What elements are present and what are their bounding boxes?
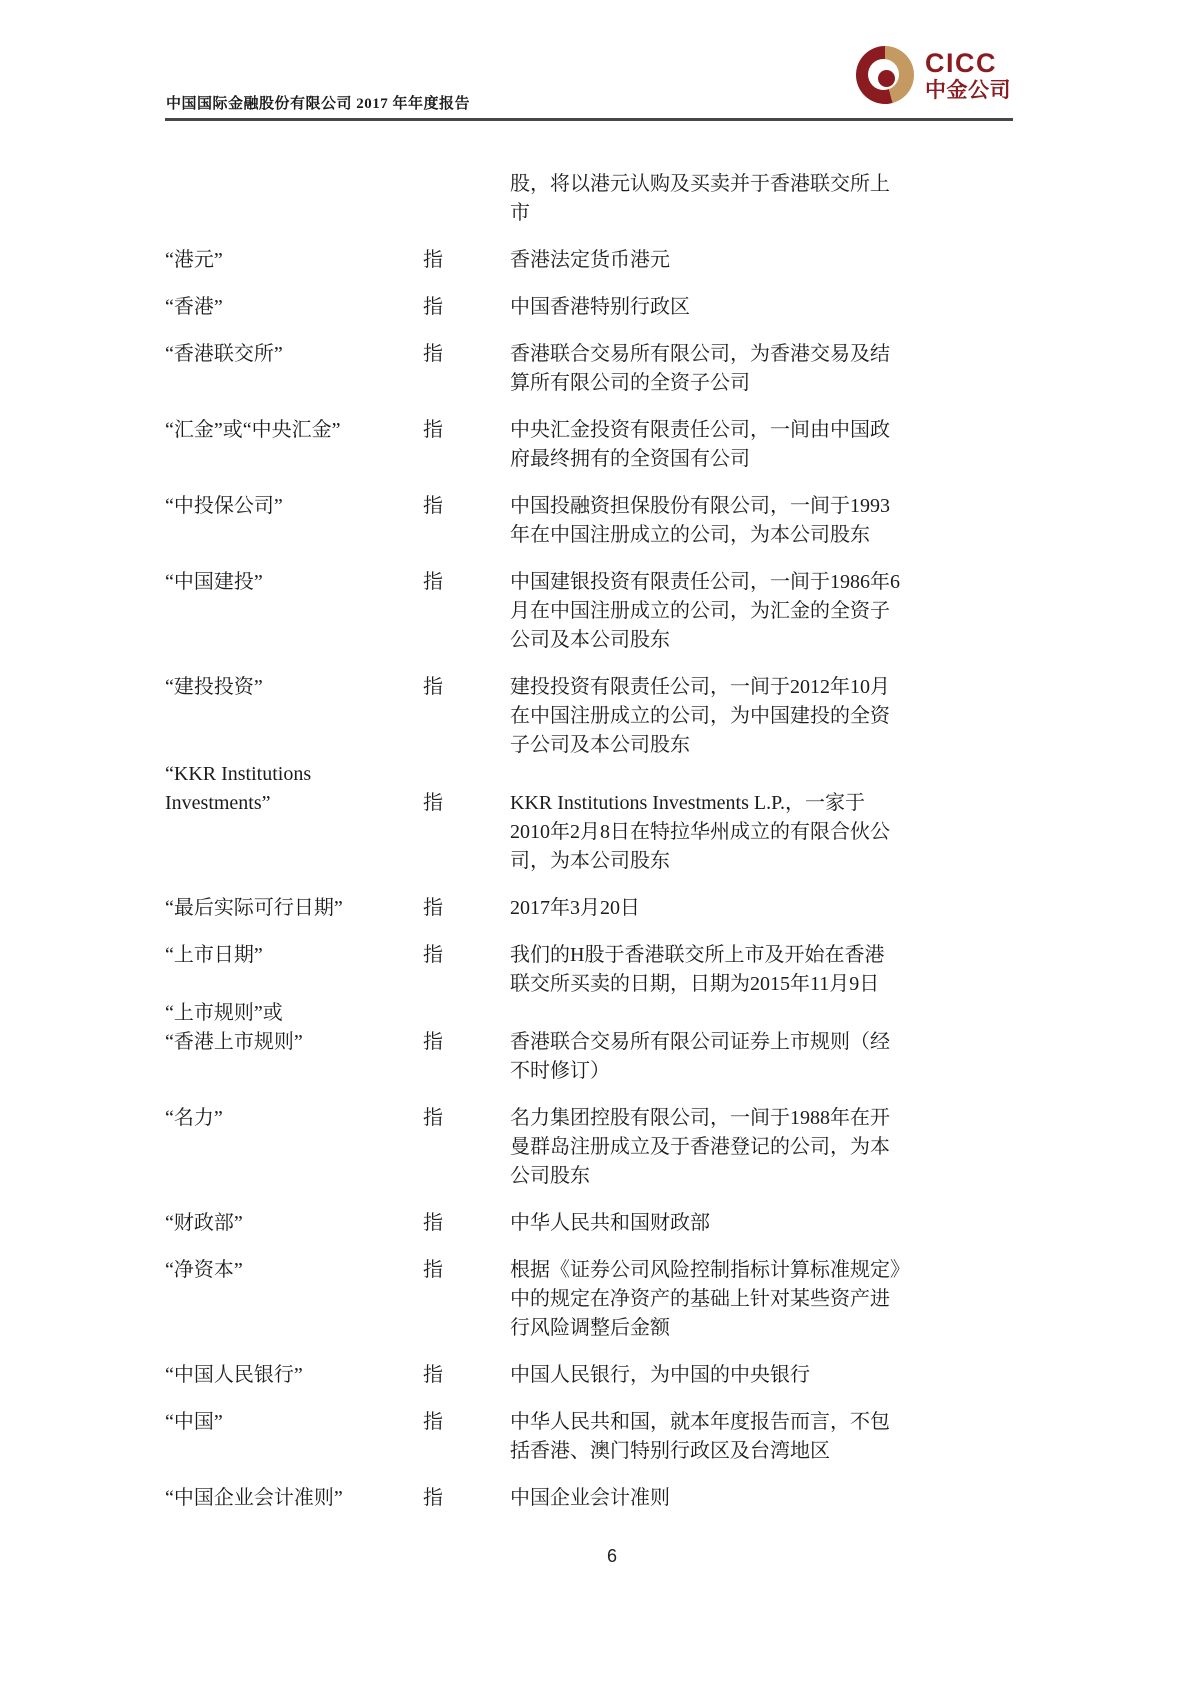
glossary-connector: 指 <box>423 999 510 1086</box>
glossary-term: “财政部” <box>165 1209 423 1238</box>
logo-text: CICC 中金公司 <box>925 50 1011 101</box>
glossary-term: “香港” <box>165 293 423 322</box>
glossary-connector: 指 <box>423 293 510 322</box>
report-page: 中国国际金融股份有限公司 2017 年年度报告 CICC 中金公司 股，将以港元… <box>0 0 1190 1684</box>
glossary-connector: 指 <box>423 416 510 474</box>
glossary-list: 股，将以港元认购及买卖并于香港联交所上 市 “港元” 指 香港法定货币港元 “香… <box>165 170 965 1531</box>
page-footer: 6 <box>34 1546 1190 1567</box>
glossary-definition: 我们的H股于香港联交所上市及开始在香港 联交所买卖的日期，日期为2015年11月… <box>510 941 965 999</box>
glossary-definition: 中华人民共和国，就本年度报告而言，不包 括香港、澳门特别行政区及台湾地区 <box>510 1408 965 1466</box>
glossary-connector: 指 <box>423 894 510 923</box>
glossary-term: “中国人民银行” <box>165 1361 423 1390</box>
glossary-term: “最后实际可行日期” <box>165 894 423 923</box>
glossary-definition: 中华人民共和国财政部 <box>510 1209 965 1238</box>
glossary-connector: 指 <box>423 1361 510 1390</box>
glossary-connector <box>423 170 510 228</box>
glossary-connector: 指 <box>423 340 510 398</box>
glossary-term: “上市日期” <box>165 941 423 999</box>
glossary-definition: 名力集团控股有限公司，一间于1988年在开 曼群岛注册成立及于香港登记的公司，为… <box>510 1104 965 1191</box>
glossary-definition: 中国建银投资有限责任公司，一间于1986年6 月在中国注册成立的公司，为汇金的全… <box>510 568 965 655</box>
glossary-definition: 建投投资有限责任公司，一间于2012年10月 在中国注册成立的公司，为中国建投的… <box>510 673 965 760</box>
glossary-row: “中国建投” 指 中国建银投资有限责任公司，一间于1986年6 月在中国注册成立… <box>165 568 965 655</box>
glossary-term: “汇金”或“中央汇金” <box>165 416 423 474</box>
glossary-term: “名力” <box>165 1104 423 1191</box>
glossary-connector: 指 <box>423 1484 510 1513</box>
glossary-connector: 指 <box>423 1256 510 1343</box>
glossary-connector: 指 <box>423 568 510 655</box>
glossary-row: “香港联交所” 指 香港联合交易所有限公司，为香港交易及结 算所有限公司的全资子… <box>165 340 965 398</box>
glossary-term: “香港联交所” <box>165 340 423 398</box>
glossary-row: “香港” 指 中国香港特别行政区 <box>165 293 965 322</box>
glossary-row: “汇金”或“中央汇金” 指 中央汇金投资有限责任公司，一间由中国政 府最终拥有的… <box>165 416 965 474</box>
glossary-row: “中投保公司” 指 中国投融资担保股份有限公司，一间于1993 年在中国注册成立… <box>165 492 965 550</box>
glossary-definition: 中国投融资担保股份有限公司，一间于1993 年在中国注册成立的公司，为本公司股东 <box>510 492 965 550</box>
glossary-definition: 中国香港特别行政区 <box>510 293 965 322</box>
glossary-row: “中国人民银行” 指 中国人民银行，为中国的中央银行 <box>165 1361 965 1390</box>
glossary-term: “中国企业会计准则” <box>165 1484 423 1513</box>
glossary-term: “上市规则”或 “香港上市规则” <box>165 999 423 1086</box>
glossary-row: “港元” 指 香港法定货币港元 <box>165 246 965 275</box>
glossary-row: 股，将以港元认购及买卖并于香港联交所上 市 <box>165 170 965 228</box>
glossary-term: “净资本” <box>165 1256 423 1343</box>
glossary-row: “净资本” 指 根据《证券公司风险控制指标计算标准规定》 中的规定在净资产的基础… <box>165 1256 965 1343</box>
logo-name-en: CICC <box>925 50 1011 77</box>
glossary-definition: 中央汇金投资有限责任公司，一间由中国政 府最终拥有的全资国有公司 <box>510 416 965 474</box>
glossary-term: “港元” <box>165 246 423 275</box>
header-divider <box>165 118 1013 121</box>
glossary-connector: 指 <box>423 760 510 876</box>
glossary-definition: 中国人民银行，为中国的中央银行 <box>510 1361 965 1390</box>
glossary-term: “中投保公司” <box>165 492 423 550</box>
page-number: 6 <box>607 1546 617 1566</box>
glossary-row: “最后实际可行日期” 指 2017年3月20日 <box>165 894 965 923</box>
glossary-term <box>165 170 423 228</box>
glossary-connector: 指 <box>423 246 510 275</box>
cicc-logo-icon <box>856 46 914 104</box>
glossary-term: “中国” <box>165 1408 423 1466</box>
glossary-row: “中国企业会计准则” 指 中国企业会计准则 <box>165 1484 965 1513</box>
glossary-term: “中国建投” <box>165 568 423 655</box>
glossary-row: “上市日期” 指 我们的H股于香港联交所上市及开始在香港 联交所买卖的日期，日期… <box>165 941 965 999</box>
glossary-row: “财政部” 指 中华人民共和国财政部 <box>165 1209 965 1238</box>
logo-name-zh: 中金公司 <box>925 80 1011 101</box>
glossary-connector: 指 <box>423 1209 510 1238</box>
logo-swirl-shape <box>868 59 899 90</box>
cicc-logo: CICC 中金公司 <box>856 46 1011 104</box>
logo-swirl-dot <box>878 70 895 87</box>
glossary-definition: 中国企业会计准则 <box>510 1484 965 1513</box>
glossary-row: “上市规则”或 “香港上市规则” 指 香港联合交易所有限公司证券上市规则（经 不… <box>165 999 965 1086</box>
glossary-definition: 香港联合交易所有限公司，为香港交易及结 算所有限公司的全资子公司 <box>510 340 965 398</box>
report-title: 中国国际金融股份有限公司 2017 年年度报告 <box>166 92 470 113</box>
glossary-row: “建投投资” 指 建投投资有限责任公司，一间于2012年10月 在中国注册成立的… <box>165 673 965 760</box>
glossary-term: “KKR Institutions Investments” <box>165 760 423 876</box>
glossary-connector: 指 <box>423 1408 510 1466</box>
glossary-definition: 股，将以港元认购及买卖并于香港联交所上 市 <box>510 170 965 228</box>
glossary-definition: 根据《证券公司风险控制指标计算标准规定》 中的规定在净资产的基础上针对某些资产进… <box>510 1256 965 1343</box>
glossary-connector: 指 <box>423 492 510 550</box>
glossary-row: “名力” 指 名力集团控股有限公司，一间于1988年在开 曼群岛注册成立及于香港… <box>165 1104 965 1191</box>
glossary-term: “建投投资” <box>165 673 423 760</box>
glossary-definition: 香港法定货币港元 <box>510 246 965 275</box>
glossary-definition: 香港联合交易所有限公司证券上市规则（经 不时修订） <box>510 999 965 1086</box>
glossary-definition: KKR Institutions Investments L.P.，一家于 20… <box>510 760 965 876</box>
glossary-definition: 2017年3月20日 <box>510 894 965 923</box>
glossary-connector: 指 <box>423 941 510 999</box>
glossary-row: “KKR Institutions Investments” 指 KKR Ins… <box>165 760 965 876</box>
glossary-connector: 指 <box>423 673 510 760</box>
glossary-row: “中国” 指 中华人民共和国，就本年度报告而言，不包 括香港、澳门特别行政区及台… <box>165 1408 965 1466</box>
glossary-connector: 指 <box>423 1104 510 1191</box>
